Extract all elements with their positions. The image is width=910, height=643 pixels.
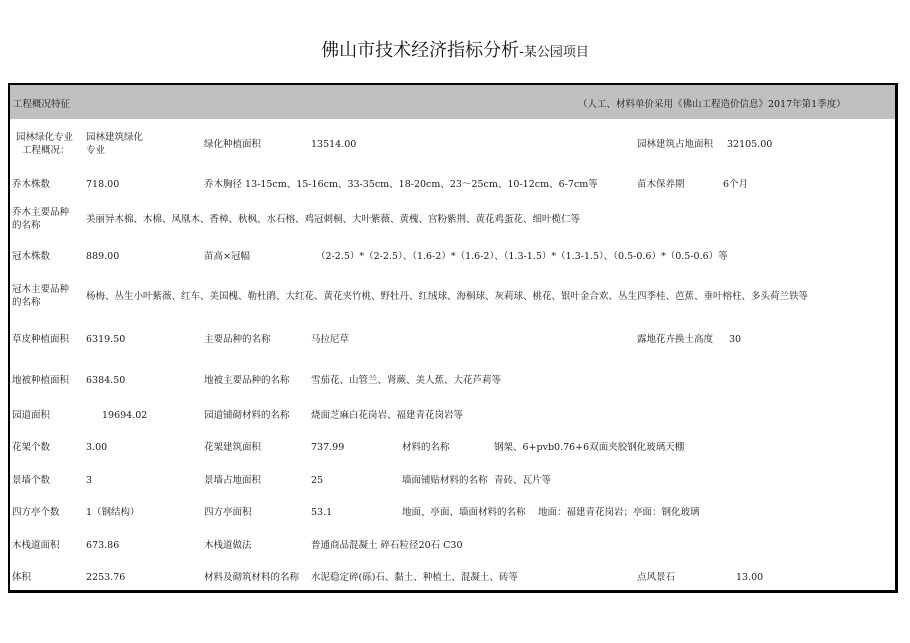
field-label: 景墙占地面积 <box>204 474 261 487</box>
field-value: 6319.50 <box>86 333 125 346</box>
cell-text: 718.00 <box>86 178 119 191</box>
cell-text: 乔木株数 <box>12 178 50 191</box>
field-value: 3 <box>86 474 92 487</box>
cell-text: 景墙个数 <box>12 474 50 487</box>
cell-text: 乔木胸径 13-15cm、15-16cm、33-35cm、18-20cm、23～… <box>204 178 598 191</box>
field-value: 杨梅、丛生小叶紫薇、红车、美国槐、勒杜鹃、大红花、黄花夹竹桃、野牡丹、红绒球、海… <box>86 290 808 303</box>
cell-text: （2-2.5）*（2-2.5）、（1.6-2）*（1.6-2）、（1.3-1.5… <box>316 250 728 263</box>
field-value: 园林建筑绿化专业 <box>86 131 143 157</box>
cell-text: 墙面铺贴材料的名称 <box>402 474 488 487</box>
field-label: 主要品种的名称 <box>204 333 271 346</box>
cell-text: 3.00 <box>86 441 107 454</box>
cell-text: 地面：福建青花岗岩；亭面：钢化玻璃 <box>538 506 700 519</box>
cell-text: 32105.00 <box>727 138 772 151</box>
cell-text: 6384.50 <box>86 374 125 387</box>
field-value: 6384.50 <box>86 374 125 387</box>
cell-text: 材料的名称 <box>402 441 450 454</box>
cell-text: 6319.50 <box>86 333 125 346</box>
cell-text-line2: 专业 <box>86 144 143 157</box>
field-value: 13514.00 <box>311 138 356 151</box>
cell-text: 园道面积 <box>12 409 50 422</box>
field-label: 露地花卉换土高度 <box>637 333 713 346</box>
field-value: （2-2.5）*（2-2.5）、（1.6-2）*（1.6-2）、（1.3-1.5… <box>316 250 728 263</box>
cell-text: 乔木主要品种 <box>12 206 69 219</box>
cell-text: 园林绿化专业 <box>16 131 73 144</box>
cell-text: 主要品种的名称 <box>204 333 271 346</box>
cell-text: 苗高×冠幅 <box>204 250 250 263</box>
cell-text-line2: 的名称 <box>12 296 69 309</box>
cell-text: 冠木株数 <box>12 250 50 263</box>
field-label: 木栈道做法 <box>204 539 252 552</box>
cell-text: 3 <box>86 474 92 487</box>
field-label: 景墙个数 <box>12 474 50 487</box>
price-source-note: （人工、材料单价采用《佛山工程造价信息》2017年第1季度） <box>578 96 846 110</box>
title-main: 佛山市技术经济指标分析 <box>321 40 519 61</box>
cell-text: 地被主要品种的名称 <box>204 374 290 387</box>
cell-text: 冠木主要品种 <box>12 283 69 296</box>
field-label: 四方亭面积 <box>204 506 252 519</box>
cell-text: 美丽异木棉、木棉、凤凰木、香樟、秋枫、水石榕、鸡冠刺桐、大叶紫薇、黄槐、宫粉紫荆… <box>86 213 580 226</box>
field-value: 718.00 <box>86 178 119 191</box>
field-value: 2253.76 <box>86 571 125 584</box>
cell-text: 体积 <box>12 571 31 584</box>
cell-text: 地被种植面积 <box>12 374 69 387</box>
field-label: 园道面积 <box>12 409 50 422</box>
field-label: 冠木株数 <box>12 250 50 263</box>
cell-text-line2: 的名称 <box>12 219 69 232</box>
cell-text: 露地花卉换土高度 <box>637 333 713 346</box>
cell-text: 花架个数 <box>12 441 50 454</box>
field-value: 烧面芝麻白花岗岩、福建青花岗岩等 <box>311 409 463 422</box>
field-value: 雪茄花、山管兰、肾蕨、美人蕉、大花芦莉等 <box>311 374 501 387</box>
field-value: 钢架、6+pvb0.76+6双面夹胶钢化玻璃天棚 <box>494 441 684 454</box>
field-label: 地被种植面积 <box>12 374 69 387</box>
cell-text: 青砖、瓦片等 <box>494 474 551 487</box>
field-value: 青砖、瓦片等 <box>494 474 551 487</box>
field-label: 地被主要品种的名称 <box>204 374 290 387</box>
field-label: 花架个数 <box>12 441 50 454</box>
field-value: 53.1 <box>311 506 332 519</box>
field-label: 点风景石 <box>637 571 675 584</box>
field-label: 花架建筑面积 <box>204 441 261 454</box>
title-sub: -某公园项目 <box>519 45 589 60</box>
cell-text: 园林建筑占地面积 <box>637 138 713 151</box>
indicator-sheet: 工程概况特征 （人工、材料单价采用《佛山工程造价信息》2017年第1季度） 园林… <box>8 83 898 593</box>
field-label: 体积 <box>12 571 31 584</box>
field-label: 园林绿化专业工程概况： <box>16 131 73 157</box>
field-label: 木栈道面积 <box>12 539 60 552</box>
cell-text: 水泥稳定碎(砾)石、黏土、种植土、混凝土、砖等 <box>311 571 518 584</box>
field-label: 苗高×冠幅 <box>204 250 250 263</box>
field-label: 材料的名称 <box>402 441 450 454</box>
cell-text: 雪茄花、山管兰、肾蕨、美人蕉、大花芦莉等 <box>311 374 501 387</box>
cell-text: 19694.02 <box>102 409 147 422</box>
field-value: 水泥稳定碎(砾)石、黏土、种植土、混凝土、砖等 <box>311 571 518 584</box>
field-value: 889.00 <box>86 250 119 263</box>
cell-text: 地面、亭面、墙面材料的名称 <box>402 506 526 519</box>
cell-text: 889.00 <box>86 250 119 263</box>
field-value: 25 <box>311 474 323 487</box>
field-value: 地面：福建青花岗岩；亭面：钢化玻璃 <box>538 506 700 519</box>
cell-text: 烧面芝麻白花岗岩、福建青花岗岩等 <box>311 409 463 422</box>
field-value: 32105.00 <box>727 138 772 151</box>
field-label: 材料及砌筑材料的名称 <box>204 571 299 584</box>
field-label: 6个月 <box>723 178 748 191</box>
field-label: 园道铺砌材料的名称 <box>204 409 290 422</box>
field-label: 墙面铺贴材料的名称 <box>402 474 488 487</box>
cell-text: 杨梅、丛生小叶紫薇、红车、美国槐、勒杜鹃、大红花、黄花夹竹桃、野牡丹、红绒球、海… <box>86 290 808 303</box>
cell-text: 木栈道面积 <box>12 539 60 552</box>
field-value: 马拉尼草 <box>311 333 349 346</box>
field-value: 737.99 <box>311 441 344 454</box>
cell-text: 木栈道做法 <box>204 539 252 552</box>
cell-text: 点风景石 <box>637 571 675 584</box>
field-value: 美丽异木棉、木棉、凤凰木、香樟、秋枫、水石榕、鸡冠刺桐、大叶紫薇、黄槐、宫粉紫荆… <box>86 213 580 226</box>
cell-text: 草皮种植面积 <box>12 333 69 346</box>
field-label: 园林建筑占地面积 <box>637 138 713 151</box>
cell-text: 钢架、6+pvb0.76+6双面夹胶钢化玻璃天棚 <box>494 441 684 454</box>
field-label: 绿化种植面积 <box>204 138 261 151</box>
cell-text: 园道铺砌材料的名称 <box>204 409 290 422</box>
field-label: 乔木胸径 13-15cm、15-16cm、33-35cm、18-20cm、23～… <box>204 178 598 191</box>
field-label: 乔木株数 <box>12 178 50 191</box>
cell-text: 马拉尼草 <box>311 333 349 346</box>
field-label: 冠木主要品种的名称 <box>12 283 69 309</box>
field-value: 673.86 <box>86 539 119 552</box>
section-title: 工程概况特征 <box>13 96 70 110</box>
field-label: 草皮种植面积 <box>12 333 69 346</box>
page-title: 佛山市技术经济指标分析-某公园项目 <box>0 36 910 62</box>
cell-text: 材料及砌筑材料的名称 <box>204 571 299 584</box>
cell-text: 绿化种植面积 <box>204 138 261 151</box>
cell-text: 13.00 <box>736 571 763 584</box>
field-value: 3.00 <box>86 441 107 454</box>
field-label: 四方亭个数 <box>12 506 60 519</box>
cell-text: 园林建筑绿化 <box>86 131 143 144</box>
cell-text: 30 <box>729 333 741 346</box>
cell-text-line2: 工程概况： <box>16 144 73 157</box>
field-label: 地面、亭面、墙面材料的名称 <box>402 506 526 519</box>
field-value: 30 <box>729 333 741 346</box>
cell-text: 673.86 <box>86 539 119 552</box>
cell-text: 737.99 <box>311 441 344 454</box>
field-value: 19694.02 <box>102 409 147 422</box>
cell-text: 景墙占地面积 <box>204 474 261 487</box>
cell-text: 1（钢结构） <box>86 506 140 519</box>
field-value: 普通商品混凝土 碎石粒径20石 C30 <box>311 539 463 552</box>
field-value: 13.00 <box>736 571 763 584</box>
cell-text: 花架建筑面积 <box>204 441 261 454</box>
cell-text: 苗木保养期 <box>637 178 685 191</box>
section-header-band: 工程概况特征 （人工、材料单价采用《佛山工程造价信息》2017年第1季度） <box>10 85 895 119</box>
field-label: 乔木主要品种的名称 <box>12 206 69 232</box>
field-value: 1（钢结构） <box>86 506 140 519</box>
cell-text: 6个月 <box>723 178 748 191</box>
cell-text: 13514.00 <box>311 138 356 151</box>
cell-text: 25 <box>311 474 323 487</box>
cell-text: 普通商品混凝土 碎石粒径20石 C30 <box>311 539 463 552</box>
cell-text: 53.1 <box>311 506 332 519</box>
cell-text: 2253.76 <box>86 571 125 584</box>
field-value: 苗木保养期 <box>637 178 685 191</box>
cell-text: 四方亭个数 <box>12 506 60 519</box>
cell-text: 四方亭面积 <box>204 506 252 519</box>
